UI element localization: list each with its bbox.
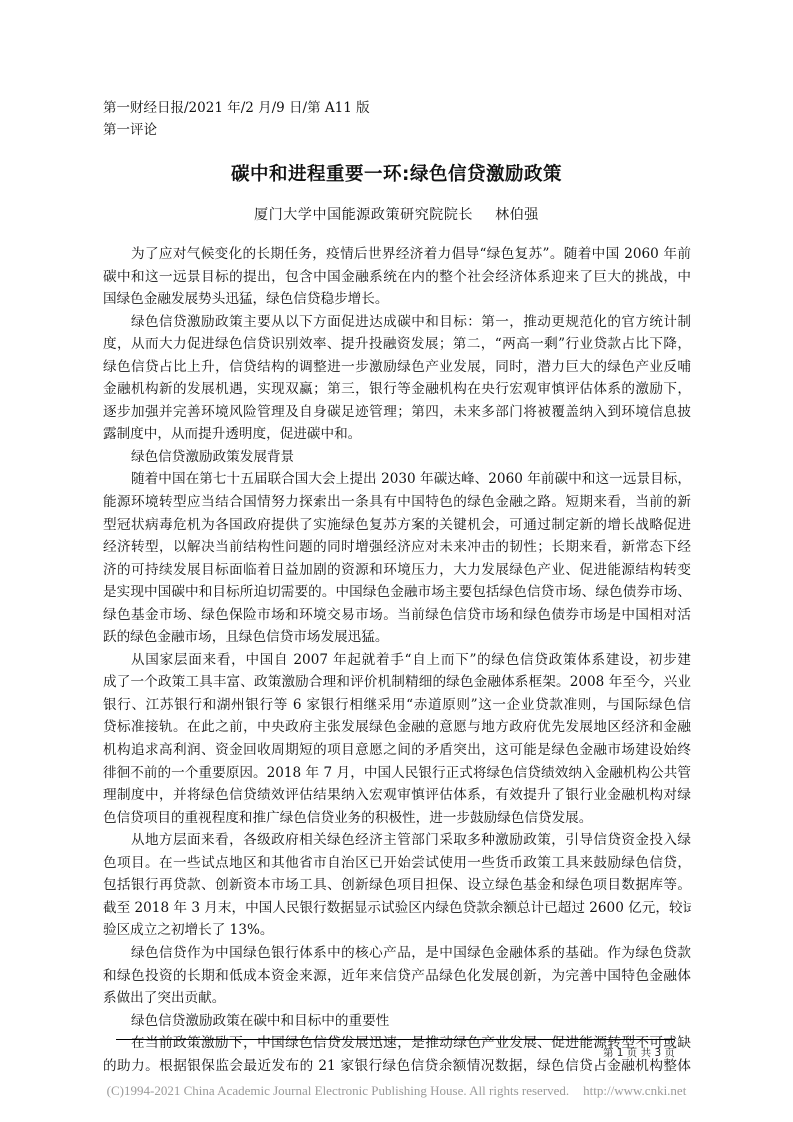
text-line: 从国家层面来看，中国自 2007 年起就着手“自上而下”的绿色信贷政策体系建设，… (103, 649, 691, 672)
text-line: 验区成立之初增长了 13%。 (103, 919, 691, 942)
column-name: 第一评论 (103, 120, 157, 140)
text-line: 系做出了突出贡献。 (103, 987, 691, 1010)
text-line: 机构追求高利润、资金回收周期短的项目意愿之间的矛盾突出，这可能是绿色金融市场建设… (103, 739, 691, 762)
website-link[interactable]: http://www.cnki.net (583, 1083, 686, 1098)
byline: 厦门大学中国能源政策研究院院长林伯强 (0, 204, 793, 224)
copyright-notice: (C)1994-2021 China Academic Journal Elec… (0, 1083, 793, 1099)
text-line: 包括银行再贷款、创新资本市场工具、创新绿色项目担保、设立绿色基金和绿色项目数据库… (103, 874, 691, 897)
text-line: 能源环境转型应当结合国情努力探索出一条具有中国特色的绿色金融之路。短期来看，当前… (103, 491, 691, 514)
text-line: 跃的绿色金融市场，且绿色信贷市场发展迅猛。 (103, 626, 691, 649)
article-body: 为了应对气候变化的长期任务，疫情后世界经济着力倡导“绿色复苏”。随着中国 206… (103, 243, 691, 1077)
source-line: 第一财经日报/2021 年/2 月/9 日/第 A11 版 (103, 98, 370, 118)
text-line: 绿色信贷激励政策在碳中和目标中的重要性 (103, 1010, 691, 1033)
copyright-text: (C)1994-2021 China Academic Journal Elec… (107, 1083, 570, 1098)
text-line: 是实现中国碳中和目标所迫切需要的。中国绿色金融市场主要包括绿色信贷市场、绿色债券… (103, 581, 691, 604)
page-indicator: 第 1 页 共 3 页 (590, 1045, 675, 1060)
text-line: 绿色信贷作为中国绿色银行体系中的核心产品，是中国绿色金融体系的基础。作为绿色贷款 (103, 942, 691, 965)
text-line: 碳中和这一远景目标的提出，包含中国金融系统在内的整个社会经济体系迎来了巨大的挑战… (103, 266, 691, 289)
text-line: 和绿色投资的长期和低成本资金来源，近年来信贷产品绿色化发展创新，为完善中国特色金… (103, 965, 691, 988)
text-line: 金融机构新的发展机遇，实现双赢；第三，银行等金融机构在央行宏观审慎评估体系的激励… (103, 378, 691, 401)
text-line: 绿色基金市场、绿色保险市场和环境交易市场。当前绿色信贷市场和绿色债券市场是中国相… (103, 604, 691, 627)
text-line: 随着中国在第七十五届联合国大会上提出 2030 年碳达峰、2060 年前碳中和这… (103, 468, 691, 491)
text-line: 济的可持续发展目标面临着日益加剧的资源和环境压力，大力发展绿色产业、促进能源结构… (103, 559, 691, 582)
author-affiliation: 厦门大学中国能源政策研究院院长 (254, 207, 473, 223)
text-line: 理制度中，并将绿色信贷绩效评估结果纳入宏观审慎评估体系，有效提升了银行业金融机构… (103, 784, 691, 807)
article-title: 碳中和进程重要一环:绿色信贷激励政策 (0, 160, 793, 186)
text-line: 国绿色金融发展势头迅猛，绿色信贷稳步增长。 (103, 288, 691, 311)
text-line: 银行、江苏银行和湖州银行等 6 家银行相继采用“赤道原则”这一企业贷款准则，与国… (103, 694, 691, 717)
text-line: 截至 2018 年 3 月末，中国人民银行数据显示试验区内绿色贷款余额总计已超过… (103, 897, 691, 920)
text-line: 绿色信贷占比上升，信贷结构的调整进一步激励绿色产业发展，同时，潜力巨大的绿色产业… (103, 356, 691, 379)
text-line: 绿色信贷激励政策发展背景 (103, 446, 691, 469)
text-line: 徘徊不前的一个重要原因。2018 年 7 月，中国人民银行正式将绿色信贷绩效纳入… (103, 762, 691, 785)
footer-divider (116, 1039, 675, 1040)
text-line: 度，从而大力促进绿色信贷识别效率、提升投融资发展；第二，“两高一剩”行业贷款占比… (103, 333, 691, 356)
text-line: 经济转型，以解决当前结构性问题的同时增强经济应对未来冲击的韧性；长期来看，新常态… (103, 536, 691, 559)
text-line: 绿色信贷激励政策主要从以下方面促进达成碳中和目标：第一，推动更规范化的官方统计制 (103, 311, 691, 334)
text-line: 露制度中，从而提升透明度，促进碳中和。 (103, 423, 691, 446)
text-line: 型冠状病毒危机为各国政府提供了实施绿色复苏方案的关键机会，可通过制定新的增长战略… (103, 514, 691, 537)
text-line: 色项目。在一些试点地区和其他省市自治区已开始尝试使用一些货币政策工具来鼓励绿色信… (103, 852, 691, 875)
text-line: 成了一个政策工具丰富、政策激励合理和评价机制精细的绿色金融体系框架。2008 年… (103, 671, 691, 694)
text-line: 贷标准接轨。在此之前，中央政府主张发展绿色金融的意愿与地方政府优先发展地区经济和… (103, 716, 691, 739)
author-name: 林伯强 (495, 207, 539, 223)
text-line: 从地方层面来看，各级政府相关绿色经济主管部门采取多种激励政策，引导信贷资金投入绿 (103, 829, 691, 852)
text-line: 色信贷项目的重视程度和推广绿色信贷业务的积极性，进一步鼓励绿色信贷发展。 (103, 807, 691, 830)
text-line: 逐步加强并完善环境风险管理及自身碳足迹管理；第四，未来多部门将被覆盖纳入到环境信… (103, 401, 691, 424)
text-line: 为了应对气候变化的长期任务，疫情后世界经济着力倡导“绿色复苏”。随着中国 206… (103, 243, 691, 266)
